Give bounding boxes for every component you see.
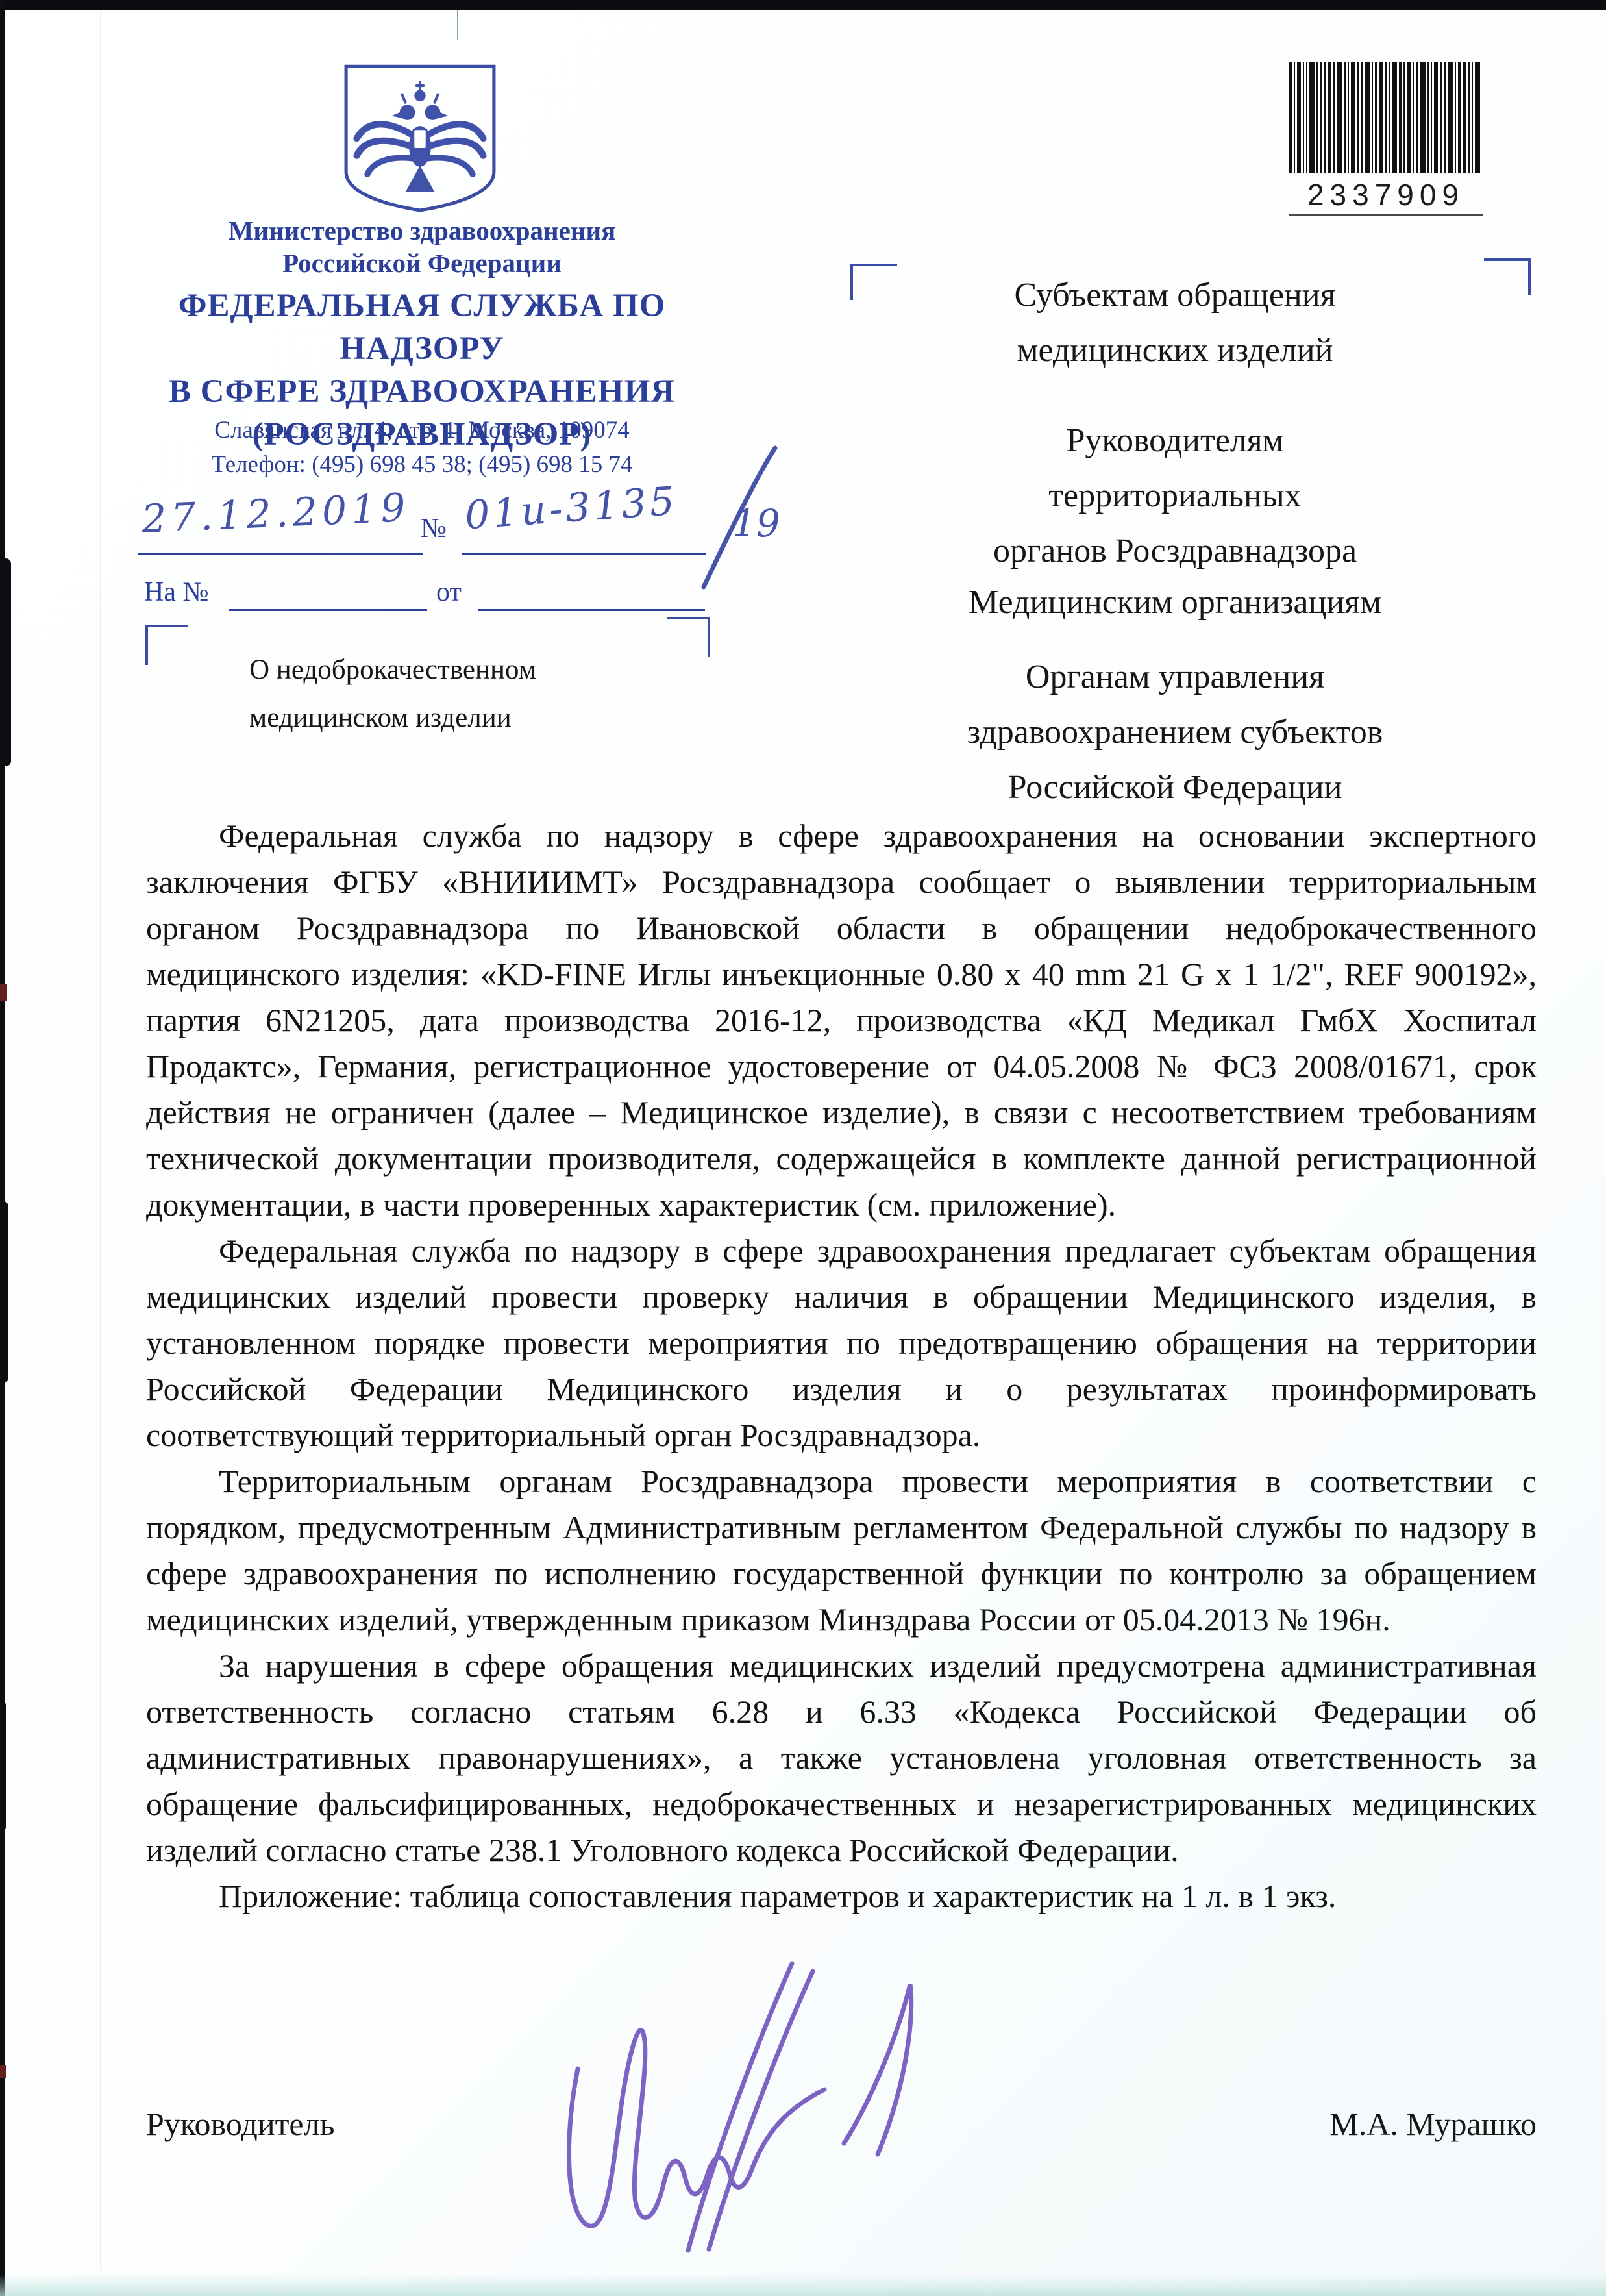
barcode-number: 2337909	[1289, 177, 1483, 212]
reply-number-underline	[229, 609, 427, 611]
addressee-line: медицинских изделий	[876, 323, 1474, 378]
addressee-group-1: Субъектам обращения медицинских изделий	[876, 268, 1474, 378]
registration-barcode: 2337909	[1289, 62, 1483, 216]
reply-date-prefix: от	[436, 577, 462, 608]
body-paragraph-1: Федеральная служба по надзору в сфере зд…	[146, 813, 1537, 1228]
date-underline	[138, 553, 423, 555]
ministry-name: Министерство здравоохранения Российской …	[146, 214, 698, 279]
addressee-group-2: Руководителям территориальных органов Ро…	[876, 413, 1474, 579]
handwritten-slash-19: 19	[692, 439, 796, 595]
addressee-line: Руководителям	[876, 413, 1474, 468]
scanned-letter-page: Министерство здравоохранения Российской …	[0, 0, 1606, 2296]
coat-of-arms-emblem	[336, 60, 504, 213]
addressee-line: территориальных	[876, 468, 1474, 523]
body-paragraph-2: Федеральная служба по надзору в сфере зд…	[146, 1228, 1537, 1458]
scan-left-edge-bulge	[0, 558, 11, 766]
scan-crease-line	[457, 10, 458, 40]
addressee-line: Российской Федерации	[876, 760, 1474, 815]
reply-date-underline	[478, 609, 705, 611]
subject-line2: медицинском изделии	[249, 694, 587, 742]
signer-name: М.А. Мурашко	[1292, 2105, 1537, 2143]
scan-left-edge-red-mark	[0, 984, 7, 1001]
barcode-bars	[1289, 62, 1483, 173]
letterhead-address: Славянская пл. 4, стр. 1, Москва, 109074	[146, 413, 698, 447]
handwritten-slash-suffix: 19	[732, 501, 780, 545]
scan-left-edge-red-mark	[0, 2065, 6, 2078]
addressee-group-3: Медицинским организациям	[876, 575, 1474, 630]
addressee-line: Медицинским организациям	[876, 575, 1474, 630]
scan-left-edge-bulge	[0, 1201, 8, 1383]
subject-corner-right	[667, 617, 710, 657]
subject-line1: О недоброкачественном	[249, 646, 587, 694]
addressee-line: органов Росздравнадзора	[876, 523, 1474, 579]
handwritten-number: 01и-3135	[463, 479, 679, 539]
letterhead-phone: Телефон: (495) 698 45 38; (495) 698 15 7…	[146, 447, 698, 482]
addressee-group-4: Органам управления здравоохранением субъ…	[876, 649, 1474, 815]
addressee-line: Органам управления	[876, 649, 1474, 705]
letter-body: Федеральная служба по надзору в сфере зд…	[146, 813, 1537, 1919]
addressee-line: Субъектам обращения	[876, 268, 1474, 323]
scan-pink-line	[100, 10, 101, 2270]
number-sign: №	[421, 513, 447, 544]
body-paragraph-3: Территориальным органам Росздравнадзора …	[146, 1458, 1537, 1643]
scan-left-edge-bulge	[0, 1701, 6, 1831]
scan-left-edge	[0, 0, 5, 2296]
addressee-line: здравоохранением субъектов	[876, 705, 1474, 760]
addressee-corner-right	[1484, 258, 1531, 295]
ministry-line1: Министерство здравоохранения	[146, 214, 698, 247]
handwritten-date: 27.12.2019	[141, 485, 411, 542]
number-underline	[462, 553, 706, 555]
attachment-line: Приложение: таблица сопоставления параме…	[146, 1873, 1537, 1919]
body-paragraph-4: За нарушения в сфере обращения медицинск…	[146, 1643, 1537, 1873]
letterhead-contacts: Славянская пл. 4, стр. 1, Москва, 109074…	[146, 413, 698, 482]
barcode-underline	[1289, 214, 1483, 216]
subject-corner-left	[145, 625, 188, 665]
scan-top-edge	[0, 0, 1606, 10]
signer-title: Руководитель	[146, 2105, 334, 2143]
scan-bottom-tint	[0, 2274, 1606, 2296]
handwritten-signature	[480, 1945, 1000, 2264]
subject-block: О недоброкачественном медицинском издели…	[249, 646, 587, 742]
service-line2: В СФЕРЕ ЗДРАВООХРАНЕНИЯ	[114, 370, 730, 413]
ministry-line2: Российской Федерации	[146, 247, 698, 279]
service-line1: ФЕДЕРАЛЬНАЯ СЛУЖБА ПО НАДЗОРУ	[114, 284, 730, 370]
reply-number-prefix: На №	[144, 577, 209, 608]
